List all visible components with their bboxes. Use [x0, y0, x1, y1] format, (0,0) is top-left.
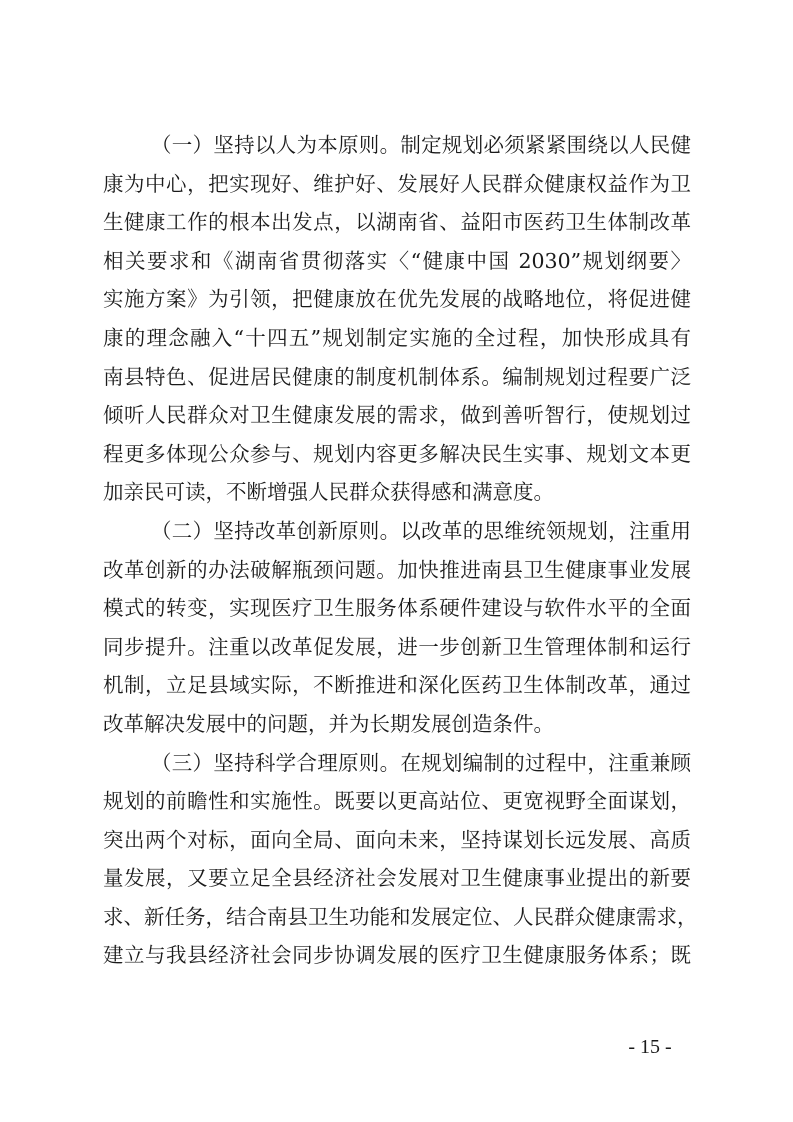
- text-line: （二）坚持改革创新原则。以改革的思维统领规划，注重用: [103, 512, 691, 551]
- paragraph-people-centered: （一）坚持以人为本原则。制定规划必须紧紧围绕以人民健 康为中心，把实现好、维护好…: [103, 126, 691, 512]
- text-line: 程更多体现公众参与、规划内容更多解决民生实事、规划文本更: [103, 435, 691, 474]
- text-line: 模式的转变，实现医疗卫生服务体系硬件建设与软件水平的全面: [103, 589, 691, 628]
- text-line: 倾听人民群众对卫生健康发展的需求，做到善听智行，使规划过: [103, 396, 691, 435]
- text-line: 改革解决发展中的问题，并为长期发展创造条件。: [103, 705, 691, 744]
- text-line: 相关要求和《湖南省贯彻落实〈“健康中国 2030”规划纲要〉: [103, 242, 691, 281]
- text-line: 康的理念融入“十四五”规划制定实施的全过程，加快形成具有: [103, 319, 691, 358]
- text-line: 量发展，又要立足全县经济社会发展对卫生健康事业提出的新要: [103, 859, 691, 898]
- text-line: 康为中心，把实现好、维护好、发展好人民群众健康权益作为卫: [103, 165, 691, 204]
- text-line: 加亲民可读，不断增强人民群众获得感和满意度。: [103, 473, 691, 512]
- document-body: （一）坚持以人为本原则。制定规划必须紧紧围绕以人民健 康为中心，把实现好、维护好…: [103, 126, 691, 975]
- text-line: 求、新任务，结合南县卫生功能和发展定位、人民群众健康需求，: [103, 898, 691, 937]
- text-line: 实施方案》为引领，把健康放在优先发展的战略地位，将促进健: [103, 280, 691, 319]
- text-line: 突出两个对标，面向全局、面向未来，坚持谋划长远发展、高质: [103, 821, 691, 860]
- text-line: 规划的前瞻性和实施性。既要以更高站位、更宽视野全面谋划，: [103, 782, 691, 821]
- text-line: （一）坚持以人为本原则。制定规划必须紧紧围绕以人民健: [103, 126, 691, 165]
- text-line: （三）坚持科学合理原则。在规划编制的过程中，注重兼顾: [103, 744, 691, 783]
- text-line: 机制，立足县域实际，不断推进和深化医药卫生体制改革，通过: [103, 666, 691, 705]
- text-line: 同步提升。注重以改革促发展，进一步创新卫生管理体制和运行: [103, 628, 691, 667]
- paragraph-scientific-rational: （三）坚持科学合理原则。在规划编制的过程中，注重兼顾 规划的前瞻性和实施性。既要…: [103, 744, 691, 976]
- page-number: - 15 -: [600, 1036, 700, 1059]
- text-line: 生健康工作的根本出发点，以湖南省、益阳市医药卫生体制改革: [103, 203, 691, 242]
- text-line: 改革创新的办法破解瓶颈问题。加快推进南县卫生健康事业发展: [103, 551, 691, 590]
- text-line: 建立与我县经济社会同步协调发展的医疗卫生健康服务体系；既: [103, 936, 691, 975]
- text-line: 南县特色、促进居民健康的制度机制体系。编制规划过程要广泛: [103, 358, 691, 397]
- paragraph-reform-innovation: （二）坚持改革创新原则。以改革的思维统领规划，注重用 改革创新的办法破解瓶颈问题…: [103, 512, 691, 744]
